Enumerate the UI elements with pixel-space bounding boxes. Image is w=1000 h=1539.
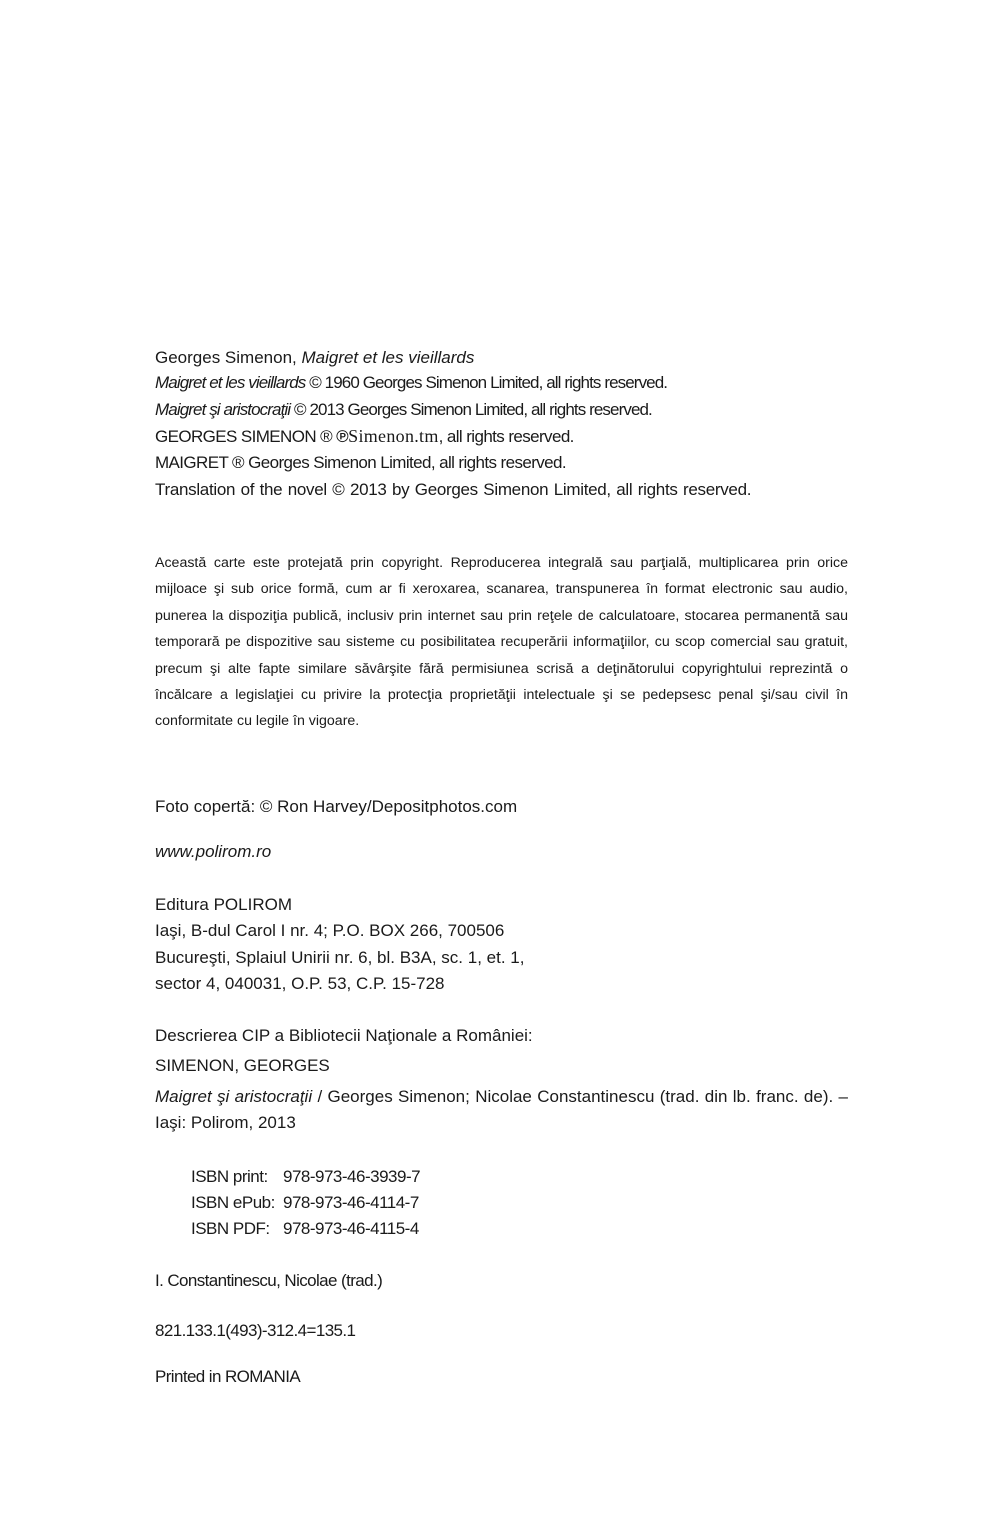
trademark-prefix: GEORGES SIMENON ® — [155, 427, 336, 446]
cip-description: Maigret şi aristocraţii / Georges Simeno… — [155, 1084, 848, 1136]
website-link: www.polirom.ro — [155, 842, 271, 861]
legal-notice: Această carte este protejată prin copyri… — [155, 550, 848, 735]
isbn-label: ISBN PDF: — [191, 1219, 283, 1239]
publisher-address-bucuresti-1: Bucureşti, Splaiul Unirii nr. 6, bl. B3A… — [155, 948, 524, 968]
translation-copyright-line: Maigret şi aristocraţii © 2013 Georges S… — [155, 400, 652, 420]
cip-author: SIMENON, GEORGES — [155, 1056, 330, 1076]
isbn-pdf-row: ISBN PDF:978-973-46-4115-4 — [191, 1219, 419, 1239]
publisher-website: www.polirom.ro — [155, 842, 271, 862]
isbn-value: 978-973-46-3939-7 — [283, 1167, 420, 1186]
trademark-maigret-line: MAIGRET ® Georges Simenon Limited, all r… — [155, 453, 566, 473]
trademark-simenon-line: GEORGES SIMENON ® ℗Simenon.tm, all right… — [155, 426, 574, 447]
isbn-value: 978-973-46-4115-4 — [283, 1219, 419, 1238]
trademark-suffix: , all rights reserved. — [439, 427, 574, 446]
isbn-label: ISBN ePub: — [191, 1193, 283, 1213]
cip-heading: Descrierea CIP a Bibliotecii Naţionale a… — [155, 1026, 533, 1046]
translation-rights-line: Translation of the novel © 2013 by Georg… — [155, 477, 848, 503]
publisher-address-iasi: Iaşi, B-dul Carol I nr. 4; P.O. BOX 266,… — [155, 921, 504, 941]
publisher-address-bucuresti-2: sector 4, 040031, O.P. 53, C.P. 15-728 — [155, 974, 445, 994]
isbn-label: ISBN print: — [191, 1167, 283, 1187]
original-copyright-line: Maigret et les vieillards © 1960 Georges… — [155, 373, 667, 393]
publisher-name: Editura POLIROM — [155, 895, 292, 915]
signature-logo-icon: ℗ — [336, 427, 348, 446]
cover-photo-credit: Foto copertă: © Ron Harvey/Depositphotos… — [155, 797, 517, 817]
author-name: Georges Simenon, — [155, 348, 301, 367]
cip-translator: I. Constantinescu, Nicolae (trad.) — [155, 1271, 382, 1291]
original-title-line: Georges Simenon, Maigret et les vieillar… — [155, 348, 474, 368]
isbn-print-row: ISBN print:978-973-46-3939-7 — [191, 1167, 420, 1187]
isbn-value: 978-973-46-4114-7 — [283, 1193, 419, 1212]
original-title: Maigret et les vieillards — [301, 348, 474, 367]
signature-text: Simenon.tm — [348, 426, 439, 446]
cip-title: Maigret şi aristocraţii — [155, 1087, 312, 1106]
copyright-text: © 2013 Georges Simenon Limited, all righ… — [290, 400, 652, 419]
cip-classification: 821.133.1(493)-312.4=135.1 — [155, 1321, 355, 1341]
translated-title: Maigret şi aristocraţii — [155, 400, 290, 419]
isbn-epub-row: ISBN ePub:978-973-46-4114-7 — [191, 1193, 419, 1213]
printed-in: Printed in ROMANIA — [155, 1367, 300, 1387]
original-title: Maigret et les vieillards — [155, 373, 305, 392]
copyright-text: © 1960 Georges Simenon Limited, all righ… — [305, 373, 667, 392]
